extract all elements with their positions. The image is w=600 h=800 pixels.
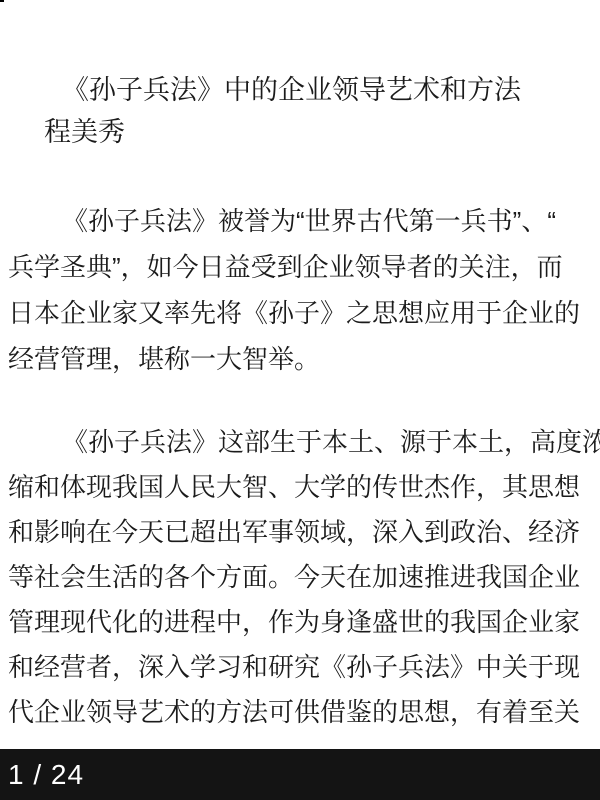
paragraph-2: 《孙子兵法》这部生于本土、源于本土，高度浓缩和体现我国人民大智、大学的传世杰作，… (8, 420, 596, 735)
text-line: 《孙子兵法》这部生于本土、源于本土，高度浓 (8, 420, 596, 465)
page-indicator-bar: 1 / 24 (0, 749, 600, 800)
text-line: 管理现代化的进程中，作为身逢盛世的我国企业家 (8, 600, 596, 645)
text-line: 兵学圣典”，如今日益受到企业领导者的关注，而 (8, 244, 596, 290)
text-line: 和影响在今天已超出军事领域，深入到政治、经济 (8, 510, 596, 555)
text-line: 缩和体现我国人民大智、大学的传世杰作，其思想 (8, 465, 596, 510)
document-page: 《孙子兵法》中的企业领导艺术和方法 程美秀 《孙子兵法》被誉为“世界古代第一兵书… (0, 0, 600, 800)
text-line: 和经营者，深入学习和研究《孙子兵法》中关于现 (8, 645, 596, 690)
text-line: 等社会生活的各个方面。今天在加速推进我国企业 (8, 555, 596, 600)
text-line: 《孙子兵法》被誉为“世界古代第一兵书”、“ (8, 198, 596, 244)
text-line: 日本企业家又率先将《孙子》之思想应用于企业的 (8, 290, 596, 336)
corner-artifact (0, 0, 4, 2)
document-title: 《孙子兵法》中的企业领导艺术和方法 (8, 72, 592, 108)
paragraph-1: 《孙子兵法》被誉为“世界古代第一兵书”、“兵学圣典”，如今日益受到企业领导者的关… (8, 198, 596, 382)
text-line: 代企业领导艺术的方法可供借鉴的思想，有着至关 (8, 690, 596, 735)
document-author: 程美秀 (8, 114, 125, 150)
text-line: 经营管理，堪称一大智举。 (8, 336, 596, 382)
page-indicator: 1 / 24 (8, 761, 84, 789)
